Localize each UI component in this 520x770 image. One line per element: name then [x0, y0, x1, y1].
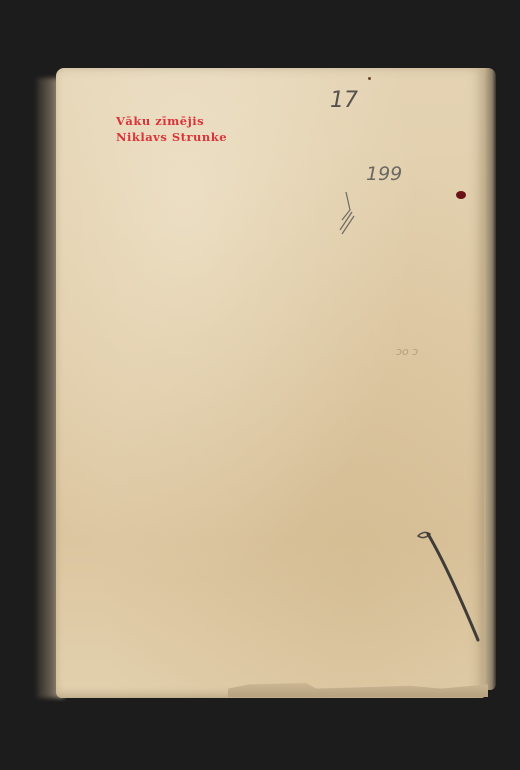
pencil-stroke-icon: [414, 528, 484, 643]
pencil-scribble-icon: [338, 190, 362, 238]
small-spot: [368, 77, 371, 80]
faint-pencil-mark: ↄo ↄ: [396, 345, 418, 358]
pencil-number-199: 199: [366, 163, 402, 185]
credit-line-1: Vāku zīmējis: [116, 113, 227, 129]
pencil-number-17: 17: [330, 88, 358, 113]
cover-artist-credit: Vāku zīmējis Niklavs Strunke: [116, 113, 227, 145]
credit-line-2: Niklavs Strunke: [116, 129, 227, 145]
ink-stain: [456, 191, 466, 199]
